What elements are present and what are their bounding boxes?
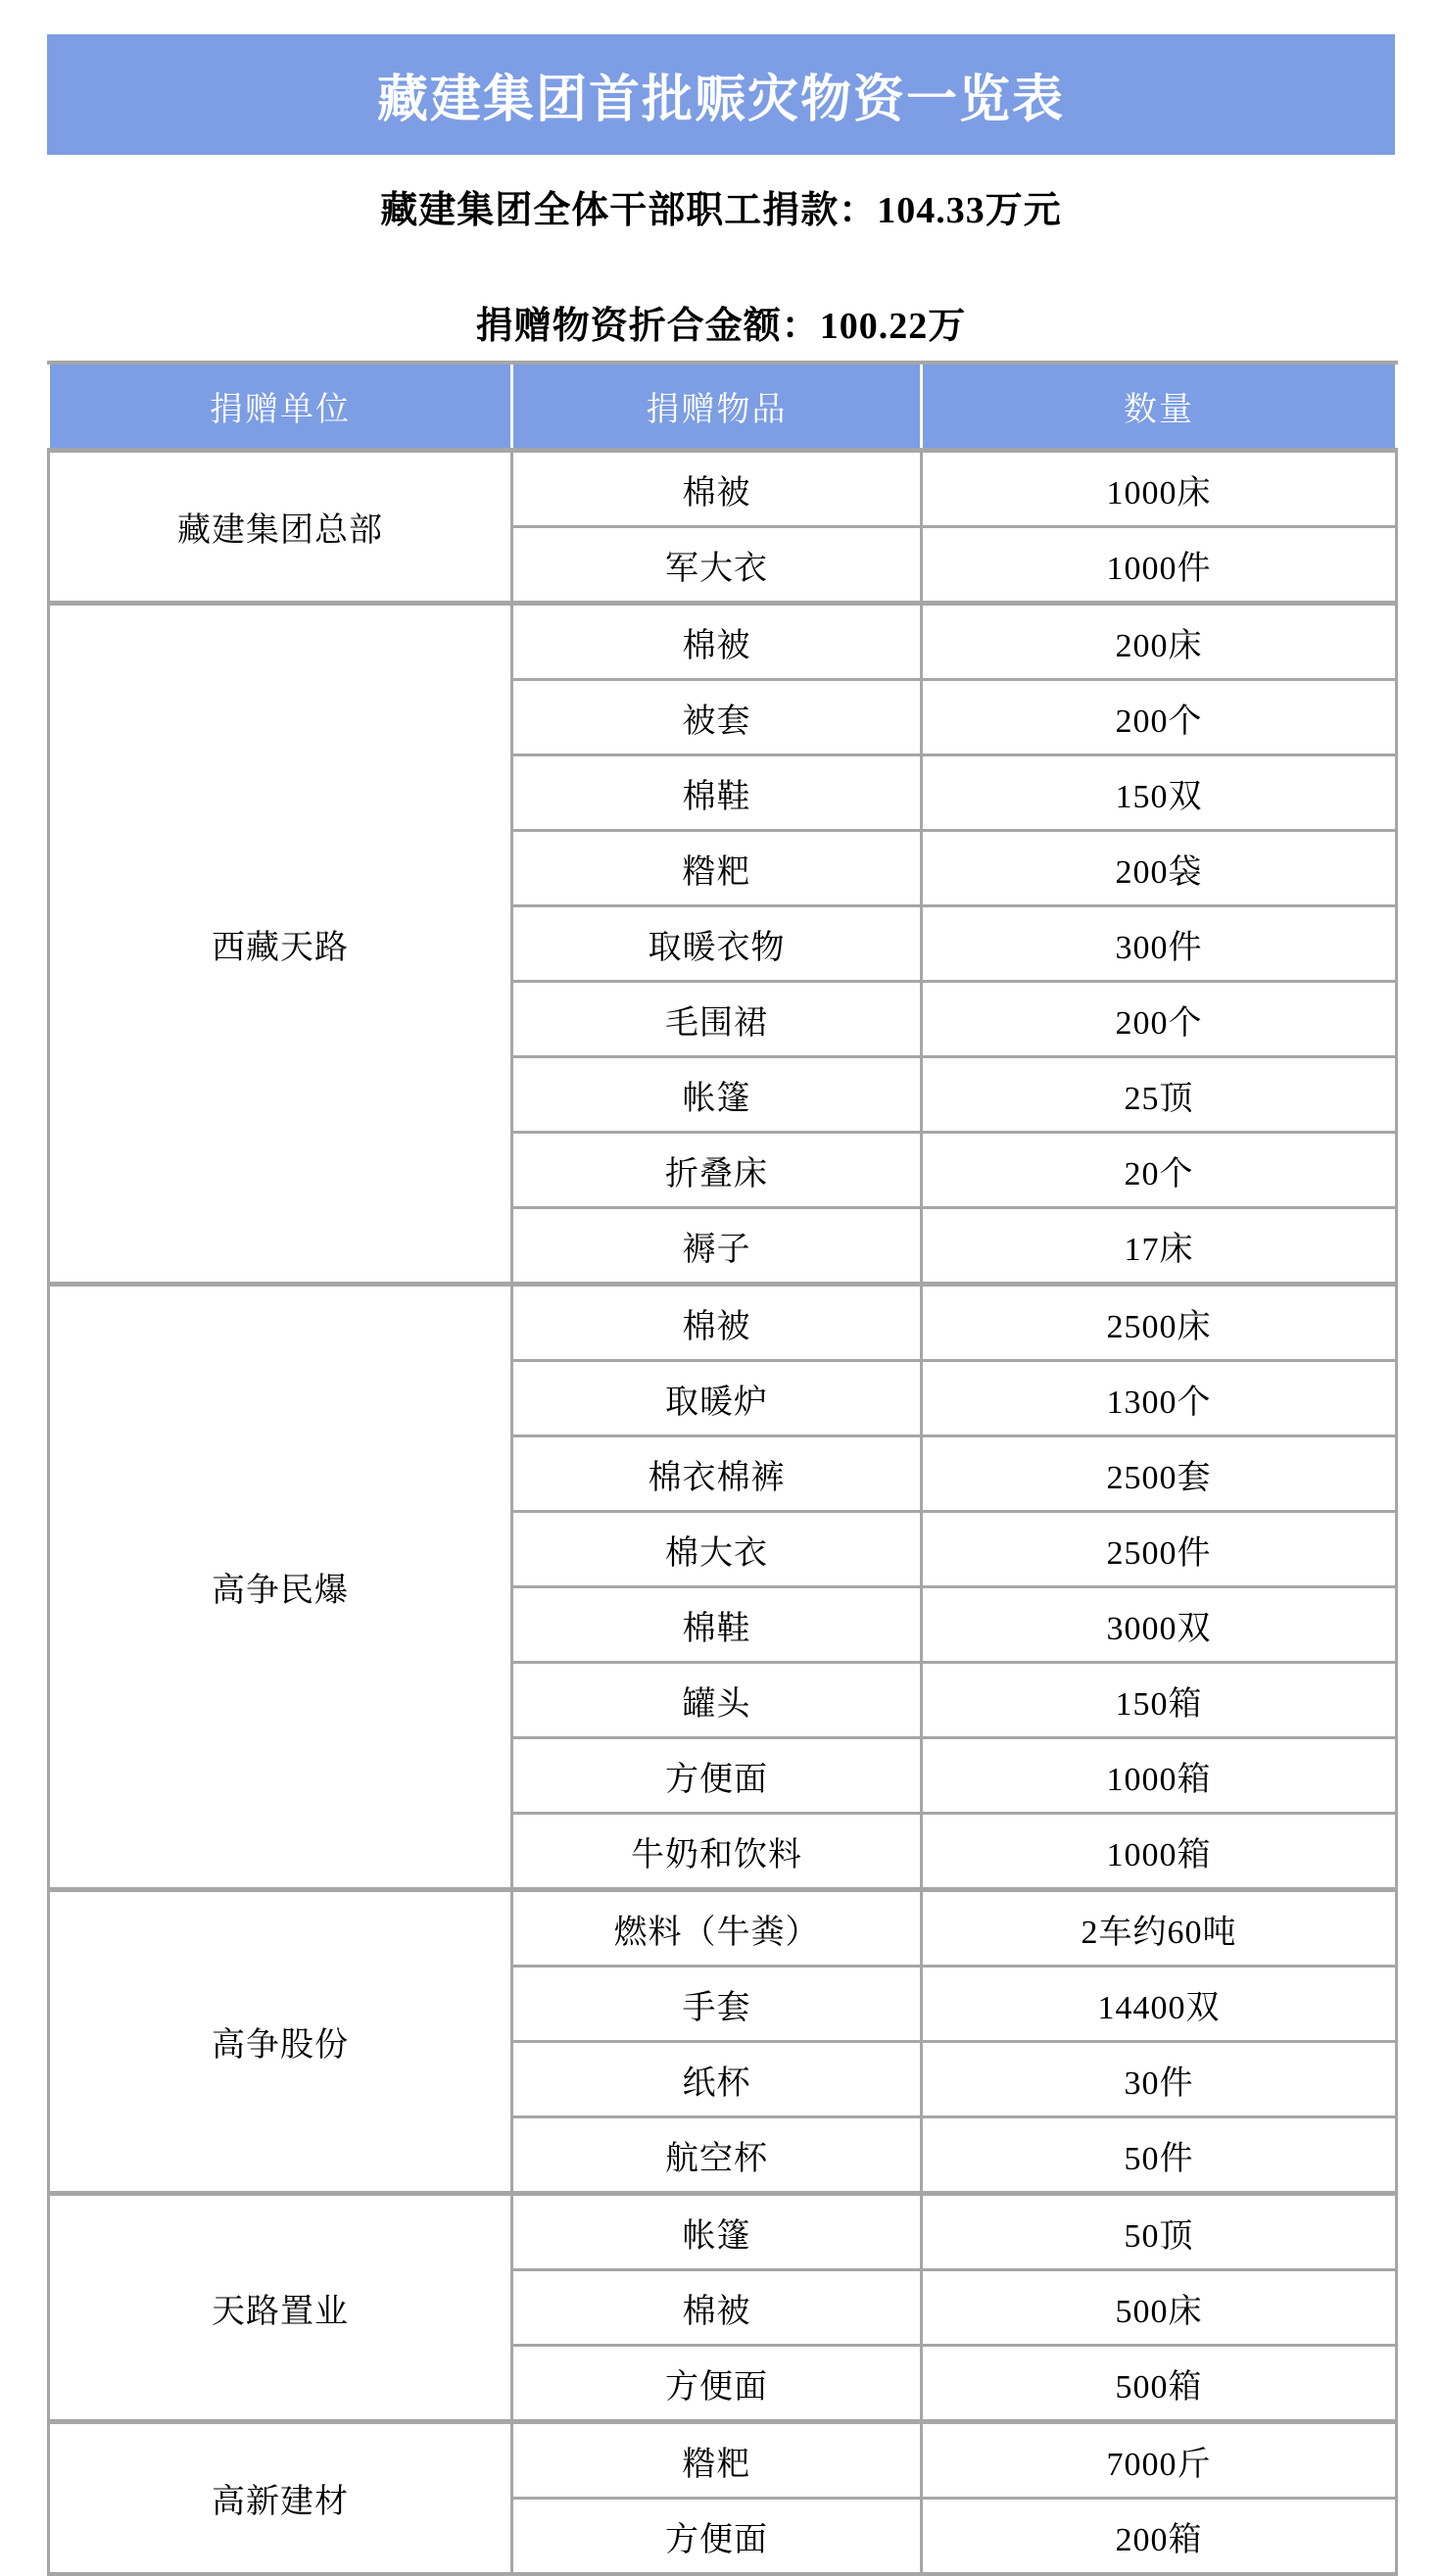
header-item: 捐赠物品 (512, 363, 922, 451)
qty-cell: 25顶 (922, 1057, 1397, 1133)
item-cell: 棉被 (512, 2270, 922, 2346)
table-row: 天路置业 帐篷 50顶 (49, 2194, 1397, 2270)
item-cell: 棉衣棉裤 (512, 1436, 922, 1512)
item-cell: 折叠床 (512, 1133, 922, 1208)
item-cell: 棉被 (512, 604, 922, 680)
qty-cell: 7000斤 (922, 2422, 1397, 2499)
item-cell: 罐头 (512, 1663, 922, 1738)
header-qty: 数量 (922, 363, 1397, 451)
qty-cell: 1000床 (922, 451, 1397, 527)
qty-cell: 1000件 (922, 527, 1397, 604)
unit-cell: 藏建集团总部 (49, 451, 512, 604)
table-row: 高争股份 燃料（牛粪） 2车约60吨 (49, 1890, 1397, 1967)
table-row: 藏建集团总部 棉被 1000床 (49, 451, 1397, 527)
item-cell: 帐篷 (512, 1057, 922, 1133)
qty-cell: 200个 (922, 680, 1397, 755)
unit-cell: 高争民爆 (49, 1285, 512, 1890)
item-cell: 毛围裙 (512, 982, 922, 1057)
item-cell: 军大衣 (512, 527, 922, 604)
qty-cell: 1000箱 (922, 1738, 1397, 1814)
qty-cell: 200床 (922, 604, 1397, 680)
qty-cell: 150双 (922, 755, 1397, 831)
item-cell: 糌粑 (512, 2422, 922, 2499)
item-cell: 方便面 (512, 2346, 922, 2422)
donation-summary: 藏建集团全体干部职工捐款：104.33万元 (0, 179, 1442, 233)
item-cell: 糌粑 (512, 831, 922, 906)
table-row: 西藏天路 棉被 200床 (49, 604, 1397, 680)
item-cell: 方便面 (512, 1738, 922, 1814)
unit-cell: 西藏天路 (49, 604, 512, 1285)
qty-cell: 300件 (922, 906, 1397, 982)
table-header-row: 捐赠单位 捐赠物品 数量 (49, 363, 1397, 451)
qty-cell: 1300个 (922, 1361, 1397, 1436)
unit-cell: 高新建材 (49, 2422, 512, 2575)
item-cell: 棉鞋 (512, 755, 922, 831)
qty-cell: 2500件 (922, 1512, 1397, 1587)
item-cell: 帐篷 (512, 2194, 922, 2270)
qty-cell: 14400双 (922, 1967, 1397, 2042)
item-cell: 棉鞋 (512, 1587, 922, 1663)
qty-cell: 50顶 (922, 2194, 1397, 2270)
donation-table: 捐赠单位 捐赠物品 数量 藏建集团总部 棉被 1000床 军大衣 1000件 西… (47, 361, 1398, 2576)
qty-cell: 2500床 (922, 1285, 1397, 1361)
table-row: 高新建材 糌粑 7000斤 (49, 2422, 1397, 2499)
item-cell: 牛奶和饮料 (512, 1814, 922, 1890)
qty-cell: 150箱 (922, 1663, 1397, 1738)
qty-cell: 2500套 (922, 1436, 1397, 1512)
page-title: 藏建集团首批赈灾物资一览表 (377, 58, 1065, 131)
item-cell: 棉被 (512, 451, 922, 527)
qty-cell: 500床 (922, 2270, 1397, 2346)
title-banner: 藏建集团首批赈灾物资一览表 (47, 34, 1395, 155)
item-cell: 棉大衣 (512, 1512, 922, 1587)
unit-cell: 高争股份 (49, 1890, 512, 2194)
item-cell: 燃料（牛粪） (512, 1890, 922, 1967)
unit-cell: 天路置业 (49, 2194, 512, 2422)
qty-cell: 3000双 (922, 1587, 1397, 1663)
qty-cell: 17床 (922, 1208, 1397, 1285)
qty-cell: 200袋 (922, 831, 1397, 906)
materials-summary: 捐赠物资折合金额：100.22万 (0, 295, 1442, 349)
qty-cell: 2车约60吨 (922, 1890, 1397, 1967)
qty-cell: 200个 (922, 982, 1397, 1057)
item-cell: 方便面 (512, 2499, 922, 2575)
item-cell: 取暖衣物 (512, 906, 922, 982)
item-cell: 纸杯 (512, 2042, 922, 2117)
item-cell: 手套 (512, 1967, 922, 2042)
qty-cell: 200箱 (922, 2499, 1397, 2575)
qty-cell: 1000箱 (922, 1814, 1397, 1890)
item-cell: 棉被 (512, 1285, 922, 1361)
item-cell: 褥子 (512, 1208, 922, 1285)
qty-cell: 20个 (922, 1133, 1397, 1208)
qty-cell: 30件 (922, 2042, 1397, 2117)
page: { "page": { "title": "藏建集团首批赈灾物资一览表", "d… (0, 0, 1442, 2553)
item-cell: 取暖炉 (512, 1361, 922, 1436)
qty-cell: 500箱 (922, 2346, 1397, 2422)
header-unit: 捐赠单位 (49, 363, 512, 451)
item-cell: 被套 (512, 680, 922, 755)
qty-cell: 50件 (922, 2117, 1397, 2194)
table-row: 高争民爆 棉被 2500床 (49, 1285, 1397, 1361)
item-cell: 航空杯 (512, 2117, 922, 2194)
